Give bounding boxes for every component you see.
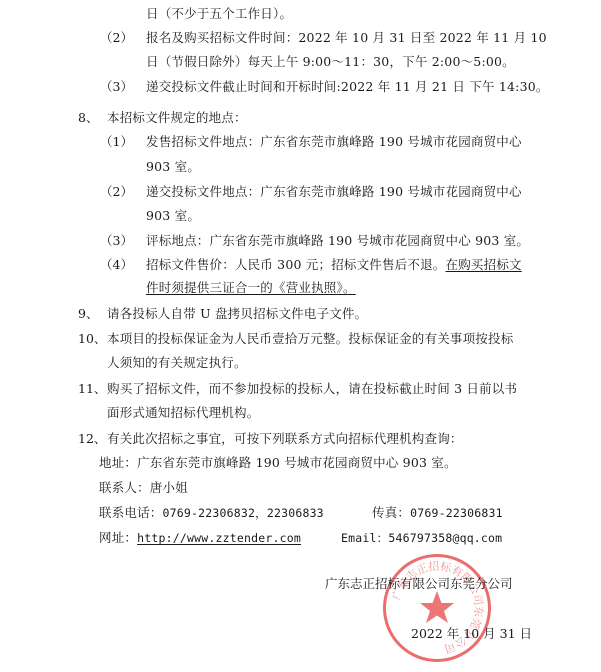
item7-sub2-line2: 日（节假日除外）每天上午 9:00～11：30，下午 2:00～5:00。 [146, 54, 515, 70]
contact-email: Email：546797358@qq.com [341, 530, 502, 546]
seal-star-icon: 广东志正招标有限公司东莞分公司 [386, 557, 488, 659]
item8-number: 8、 [78, 110, 98, 126]
item8-sub3-line1: 评标地点：广东省东莞市旗峰路 190 号城市花园商贸中心 903 室。 [146, 233, 529, 249]
item8-sub4-line1: 招标文件售价：人民币 300 元；招标文件售后不退。在购买招标文 [146, 257, 522, 273]
item8-sub1-number: （1） [100, 134, 133, 150]
issue-date: 2022 年 10 月 31 日 [411, 626, 532, 642]
item10-number: 10、 [78, 331, 106, 347]
item12-intro: 有关此次招标之事宜，可按下列联系方式向招标代理机构查询： [107, 431, 463, 447]
item8-sub1-line1: 发售招标文件地点：广东省东莞市旗峰路 190 号城市花园商贸中心 [146, 134, 522, 150]
phone-label: 联系电话： [99, 505, 163, 520]
contact-website: 网址：http://www.zztender.com [99, 530, 301, 546]
item11-line2: 面形式通知招标代理机构。 [107, 405, 259, 421]
item8-sub4-price-text: 招标文件售价：人民币 300 元；招标文件售后不退。 [146, 257, 446, 272]
website-link[interactable]: http://www.zztender.com [137, 531, 301, 545]
item7-sub3-line1: 递交投标文件截止时间和开标时间:2022 年 11 月 21 日 下午 14:3… [146, 79, 549, 95]
item9-number: 9、 [78, 306, 98, 322]
item8-sub2-line1: 递交投标文件地点：广东省东莞市旗峰路 190 号城市花园商贸中心 [146, 184, 522, 200]
item8-sub4-license-requirement-b: 件时须提供三证合一的《营业执照》。 [146, 280, 356, 296]
contact-address: 地址：广东省东莞市旗峰路 190 号城市花园商贸中心 903 室。 [99, 455, 457, 471]
item7-sub1-continuation: 日（不少于五个工作日）。 [146, 6, 292, 22]
email-label: Email： [341, 531, 388, 545]
item8-sub3-number: （3） [100, 233, 133, 249]
item8-title: 本招标文件规定的地点： [107, 110, 247, 126]
item11-number: 11、 [78, 381, 106, 397]
contact-phone: 联系电话：0769-22306832，22306833 [99, 505, 324, 521]
fax-value: 0769-22306831 [410, 506, 503, 520]
item8-sub2-number: （2） [100, 184, 133, 200]
phone-value: 0769-22306832，22306833 [163, 506, 324, 520]
item7-sub2-number: （2） [100, 30, 133, 46]
item8-sub4-license-requirement-a: 在购买招标文 [446, 257, 522, 272]
item10-line1: 本项目的投标保证金为人民币壹拾万元整。投标保证金的有关事项按投标 [107, 331, 513, 347]
issuing-company: 广东志正招标有限公司东莞分公司 [325, 576, 513, 592]
item7-sub3-number: （3） [100, 79, 133, 95]
website-label: 网址： [99, 530, 137, 545]
item9-text: 请各投标人自带 U 盘拷贝招标文件电子文件。 [107, 306, 367, 322]
item8-sub4-number: （4） [100, 257, 133, 273]
item11-line1: 购买了招标文件，而不参加投标的投标人，请在投标截止时间 3 日前以书 [107, 381, 517, 397]
contact-person: 联系人：唐小姐 [99, 480, 188, 496]
official-seal-stamp: 广东志正招标有限公司东莞分公司 [383, 554, 491, 662]
item8-sub2-line2: 903 室。 [146, 208, 200, 224]
item12-number: 12、 [78, 431, 106, 447]
email-value: 546797358@qq.com [388, 531, 502, 545]
contact-fax: 传真：0769-22306831 [372, 505, 503, 521]
item10-line2: 人须知的有关规定执行。 [107, 355, 247, 371]
item8-sub1-line2: 903 室。 [146, 159, 200, 175]
fax-label: 传真： [372, 505, 410, 520]
item7-sub2-line1: 报名及购买招标文件时间：2022 年 10 月 31 日至 2022 年 11 … [146, 30, 547, 46]
